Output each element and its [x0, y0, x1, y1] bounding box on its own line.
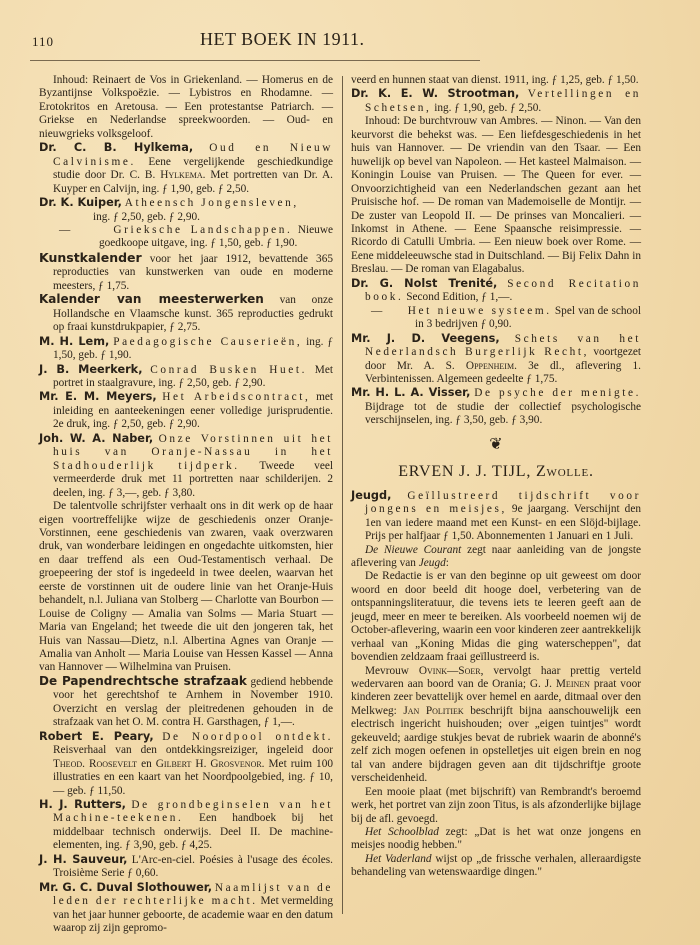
entry-author: Mr. J. D. Veegens, [351, 332, 500, 345]
entry-title: Grieksche Landschappen. [113, 224, 292, 236]
entry-text: veerd en hunnen staat van dienst. 1911, … [351, 74, 639, 86]
book-entry-slothouwer: Mr. G. C. Duval Slothouwer, Naamlijst va… [39, 881, 333, 936]
entry-text: Second Edition, ƒ 1,—. [406, 291, 512, 303]
entry-smallcaps-name: Hylkema. [160, 169, 205, 181]
book-entry-rutters: H. J. Rutters, De grondbeginselen van he… [39, 798, 333, 853]
review-paragraph-naber: De talentvolle schrijfster verhaalt ons … [39, 500, 333, 675]
quote-rembrandt: Een mooie plaat (met bijschrift) van Rem… [351, 786, 641, 826]
quote-text: Mevrouw [365, 665, 409, 677]
book-entry-veegens: Mr. J. D. Veegens, Schets van het Nederl… [351, 332, 641, 387]
quote-colon: : [446, 557, 449, 569]
column-divider [342, 76, 343, 914]
book-entry-hylkema: Dr. C. B. Hylkema, Oud en Nieuw Calvinis… [39, 141, 333, 196]
entry-author: Robert E. Peary, [39, 730, 154, 743]
entry-title: Paedagogische Causerieën, [113, 336, 302, 348]
publisher-heading: ERVEN J. J. TIJL, Zwolle. [351, 465, 641, 478]
entry-title: Conrad Busken Huet. [150, 364, 307, 376]
book-entry-jeugd: Jeugd, Geïllustreerd tijdschrift voor jo… [351, 489, 641, 544]
book-entry-nolst-trenite: Dr. G. Nolst Trenité, Second Recitation … [351, 277, 641, 305]
entry-author: M. H. Lem, [39, 335, 109, 348]
entry-title: Atheensch Jongensleven, [125, 197, 299, 209]
entry-smallcaps-name: Theod. Roosevelt [53, 758, 137, 770]
entry-author: Dr. K. E. W. Strootman, [351, 87, 519, 100]
quote-body: De Redactie is er van den beginne op uit… [351, 570, 641, 664]
book-entry-peary: Robert E. Peary, De Noordpool ontdekt. R… [39, 730, 333, 798]
entry-author: Mr. E. M. Meyers, [39, 390, 157, 403]
contributor-name: Jan Politiek [403, 705, 463, 717]
publisher-city: Zwolle. [536, 463, 594, 480]
entry-author: De Papendrechtsche strafzaak [39, 674, 247, 688]
entry-author: Joh. W. A. Naber, [39, 432, 153, 445]
book-entry-lem: M. H. Lem, Paedagogische Causerieën, ing… [39, 335, 333, 363]
entry-author: Mr. G. C. Duval Slothouwer, [39, 881, 212, 894]
entry-text: ing. ƒ 1,90, geb. ƒ 2,50. [434, 102, 541, 114]
right-column: veerd en hunnen staat van dienst. 1911, … [351, 74, 641, 880]
entry-text: Bijdrage tot de studie der collectief ps… [365, 401, 641, 426]
fleuron-ornament-icon: ❦ [351, 438, 641, 451]
quote-source: Het Vaderland [365, 853, 432, 865]
quote-vaderland: Het Vaderland wijst op „de frissche verh… [351, 853, 641, 880]
entry-author: Kalender van meesterwerken [39, 292, 264, 306]
book-entry-kalender-meesterwerken: Kalender van meesterwerken van onze Holl… [39, 293, 333, 334]
entry-title: Het nieuwe systeem. [408, 305, 552, 317]
contents-paragraph-strootman: Inhoud: De burchtvrouw van Ambres. — Nin… [351, 115, 641, 276]
entry-text: ing. ƒ 2,50, geb. ƒ 2,90. [53, 211, 200, 223]
book-entry-sauveur: J. H. Sauveur, L'Arc-en-ciel. Poésies à … [39, 853, 333, 881]
book-entry-visser: Mr. H. L. A. Visser, De psyche der menig… [351, 386, 641, 427]
quote-ref: Jeugd [419, 557, 446, 569]
book-entry-kuiper: Dr. K. Kuiper, Atheensch Jongensleven, i… [39, 196, 333, 224]
entry-title: De Noordpool ontdekt. [162, 731, 333, 743]
continued-entry-text: veerd en hunnen staat van dienst. 1911, … [351, 74, 641, 87]
book-entry-meerkerk: J. B. Meerkerk, Conrad Busken Huet. Met … [39, 363, 333, 391]
entry-author: J. H. Sauveur, [39, 853, 127, 866]
book-entry-nolst-trenite-2: — Het nieuwe systeem. Spel van de school… [351, 305, 641, 332]
quote-source: Het Schoolblad [365, 826, 439, 838]
entry-text: en [141, 758, 152, 770]
publisher-name: ERVEN J. J. TIJL, [398, 463, 531, 480]
entry-author: Dr. C. B. Hylkema, [39, 141, 193, 154]
contributor-name: Ovink—Soer, [419, 665, 484, 677]
entry-author: J. B. Meerkerk, [39, 363, 142, 376]
left-column: Inhoud: Reinaert de Vos in Griekenland. … [39, 74, 333, 936]
ditto-dash: — [59, 224, 70, 236]
running-title: HET BOEK IN 1911. [200, 29, 365, 50]
entry-author: Kunstkalender [39, 250, 142, 265]
book-entry-strootman: Dr. K. E. W. Strootman, Vertellingen en … [351, 87, 641, 115]
book-entry-meyers: Mr. E. M. Meyers, Het Arbeidscontract, m… [39, 390, 333, 431]
entry-smallcaps-name: Oppenheim. [466, 360, 517, 372]
entry-text: Reisverhaal van den ontdekkingsreiziger,… [53, 744, 333, 756]
contributor-name: Meinen [556, 678, 590, 690]
quote-source: De Nieuwe Courant [365, 544, 461, 556]
entry-author: H. J. Rutters, [39, 798, 126, 811]
quote-schoolblad: Het Schoolblad zegt: „Dat is het wat onz… [351, 826, 641, 853]
entry-author: Mr. H. L. A. Visser, [351, 386, 470, 399]
page-number: 110 [32, 34, 54, 50]
entry-title: De psyche der menigte. [474, 387, 641, 399]
quote-nieuwe-courant: De Nieuwe Courant zegt naar aanleiding v… [351, 544, 641, 571]
ditto-dash: — [371, 305, 382, 317]
page-header: 110 HET BOEK IN 1911. [30, 28, 480, 58]
header-rule [30, 60, 480, 61]
book-entry-naber: Joh. W. A. Naber, Onze Vorstinnen uit he… [39, 432, 333, 500]
entry-author: Jeugd, [351, 489, 391, 502]
entry-author: Dr. K. Kuiper, [39, 196, 122, 209]
book-entry-kunstkalender: Kunstkalender voor het jaar 1912, bevatt… [39, 251, 333, 293]
quote-contributors: Mevrouw Ovink—Soer, vervolgt haar pretti… [351, 665, 641, 786]
entry-smallcaps-name: Gilbert H. Grosvenor. [156, 758, 265, 770]
entry-author: Dr. G. Nolst Trenité, [351, 277, 497, 290]
book-entry-kuiper-2: — Grieksche Landschappen. Nieuwe goedkoo… [39, 224, 333, 251]
contents-paragraph: Inhoud: Reinaert de Vos in Griekenland. … [39, 74, 333, 141]
entry-title: Het Arbeidscontract, [162, 391, 310, 403]
book-entry-papendrecht: De Papendrechtsche strafzaak gediend heb… [39, 675, 333, 730]
